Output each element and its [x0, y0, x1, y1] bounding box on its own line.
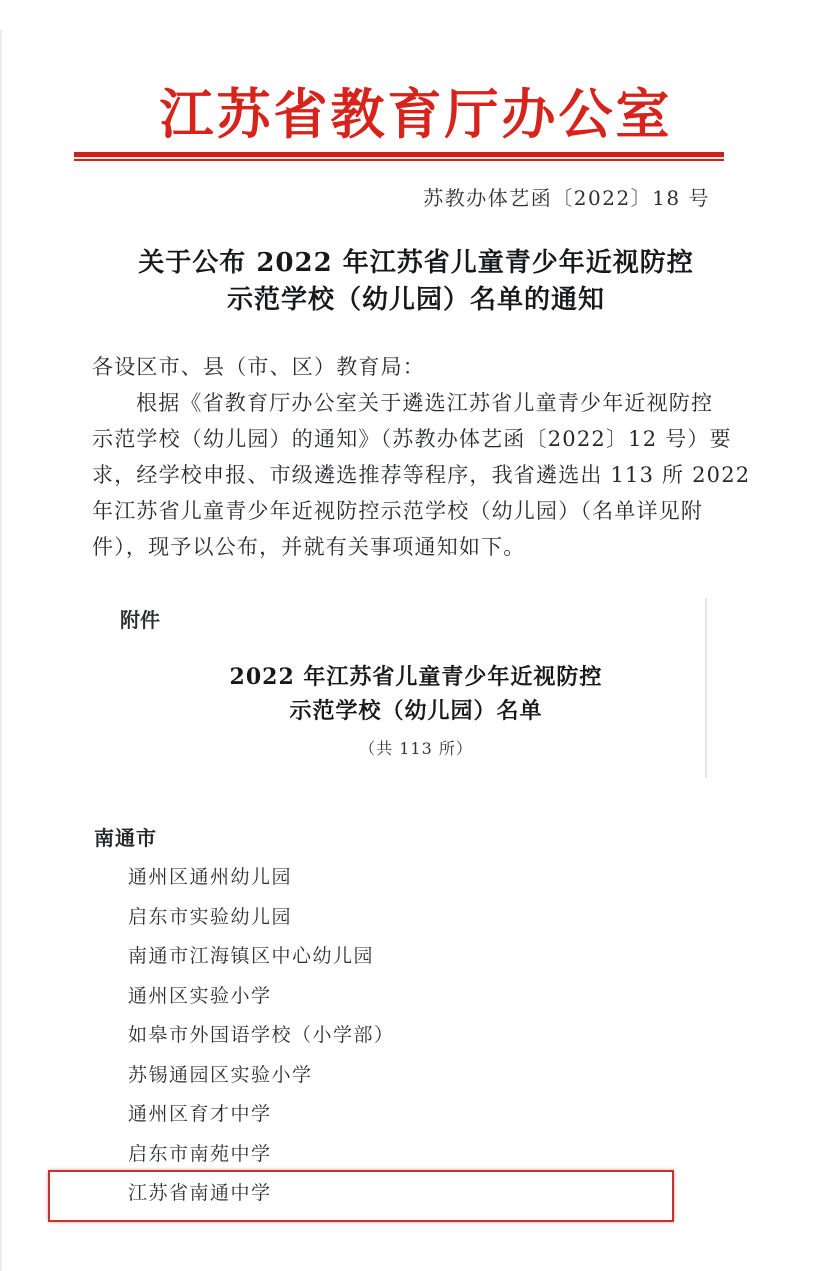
notice-title-line2: 示范学校（幼儿园）名单的通知: [0, 282, 832, 319]
body-line: 年江苏省儿童青少年近视防控示范学校（幼儿园）（名单详见附: [92, 493, 756, 529]
notice-title-line1: 关于公布 2022 年江苏省儿童青少年近视防控: [0, 245, 832, 282]
school-list-item: 启东市南苑中学: [128, 1135, 395, 1175]
rule-thin-line: [74, 159, 724, 161]
school-list: 通州区通州幼儿园 启东市实验幼儿园 南通市江海镇区中心幼儿园 通州区实验小学 如…: [128, 858, 395, 1214]
document-page: 江苏省教育厅办公室 苏教办体艺函〔2022〕18 号 关于公布 2022 年江苏…: [0, 0, 832, 1271]
notice-title: 关于公布 2022 年江苏省儿童青少年近视防控 示范学校（幼儿园）名单的通知: [0, 245, 832, 319]
body-line: 示范学校（幼儿园）的通知》（苏教办体艺函〔2022〕12 号）要: [92, 421, 756, 457]
scan-artifact-left-edge: [0, 30, 2, 1271]
school-list-item: 通州区育才中学: [128, 1095, 395, 1135]
body-line: 求，经学校申报、市级遴选推荐等程序，我省遴选出 113 所 2022: [92, 457, 756, 493]
school-list-item: 通州区实验小学: [128, 977, 395, 1017]
attachment-title: 2022 年江苏省儿童青少年近视防控 示范学校（幼儿园）名单: [0, 660, 832, 728]
notice-body: 各设区市、县（市、区）教育局： 根据《省教育厅办公室关于遴选江苏省儿童青少年近视…: [92, 349, 756, 565]
attachment-title-line1: 2022 年江苏省儿童青少年近视防控: [0, 660, 832, 694]
scan-artifact-vertical-line: [705, 598, 707, 778]
highlight-annotation-box: [48, 1170, 674, 1222]
school-list-item: 南通市江海镇区中心幼儿园: [128, 937, 395, 977]
city-heading-nantong: 南通市: [94, 822, 157, 851]
school-list-item: 启东市实验幼儿园: [128, 898, 395, 938]
salutation: 各设区市、县（市、区）教育局：: [92, 349, 756, 385]
letterhead-office-name: 江苏省教育厅办公室: [0, 72, 832, 149]
attachment-label: 附件: [120, 604, 160, 633]
document-number: 苏教办体艺函〔2022〕18 号: [423, 182, 710, 211]
school-list-item: 苏锡通园区实验小学: [128, 1056, 395, 1096]
body-line: 根据《省教育厅办公室关于遴选江苏省儿童青少年近视防控: [92, 385, 756, 421]
school-list-item: 如皋市外国语学校（小学部）: [128, 1016, 395, 1056]
body-line: 件），现予以公布，并就有关事项通知如下。: [92, 529, 756, 565]
letterhead-double-rule: [74, 152, 724, 161]
attachment-count-note: （共 113 所）: [0, 736, 832, 759]
school-list-item: 通州区通州幼儿园: [128, 858, 395, 898]
attachment-title-line2: 示范学校（幼儿园）名单: [0, 694, 832, 728]
